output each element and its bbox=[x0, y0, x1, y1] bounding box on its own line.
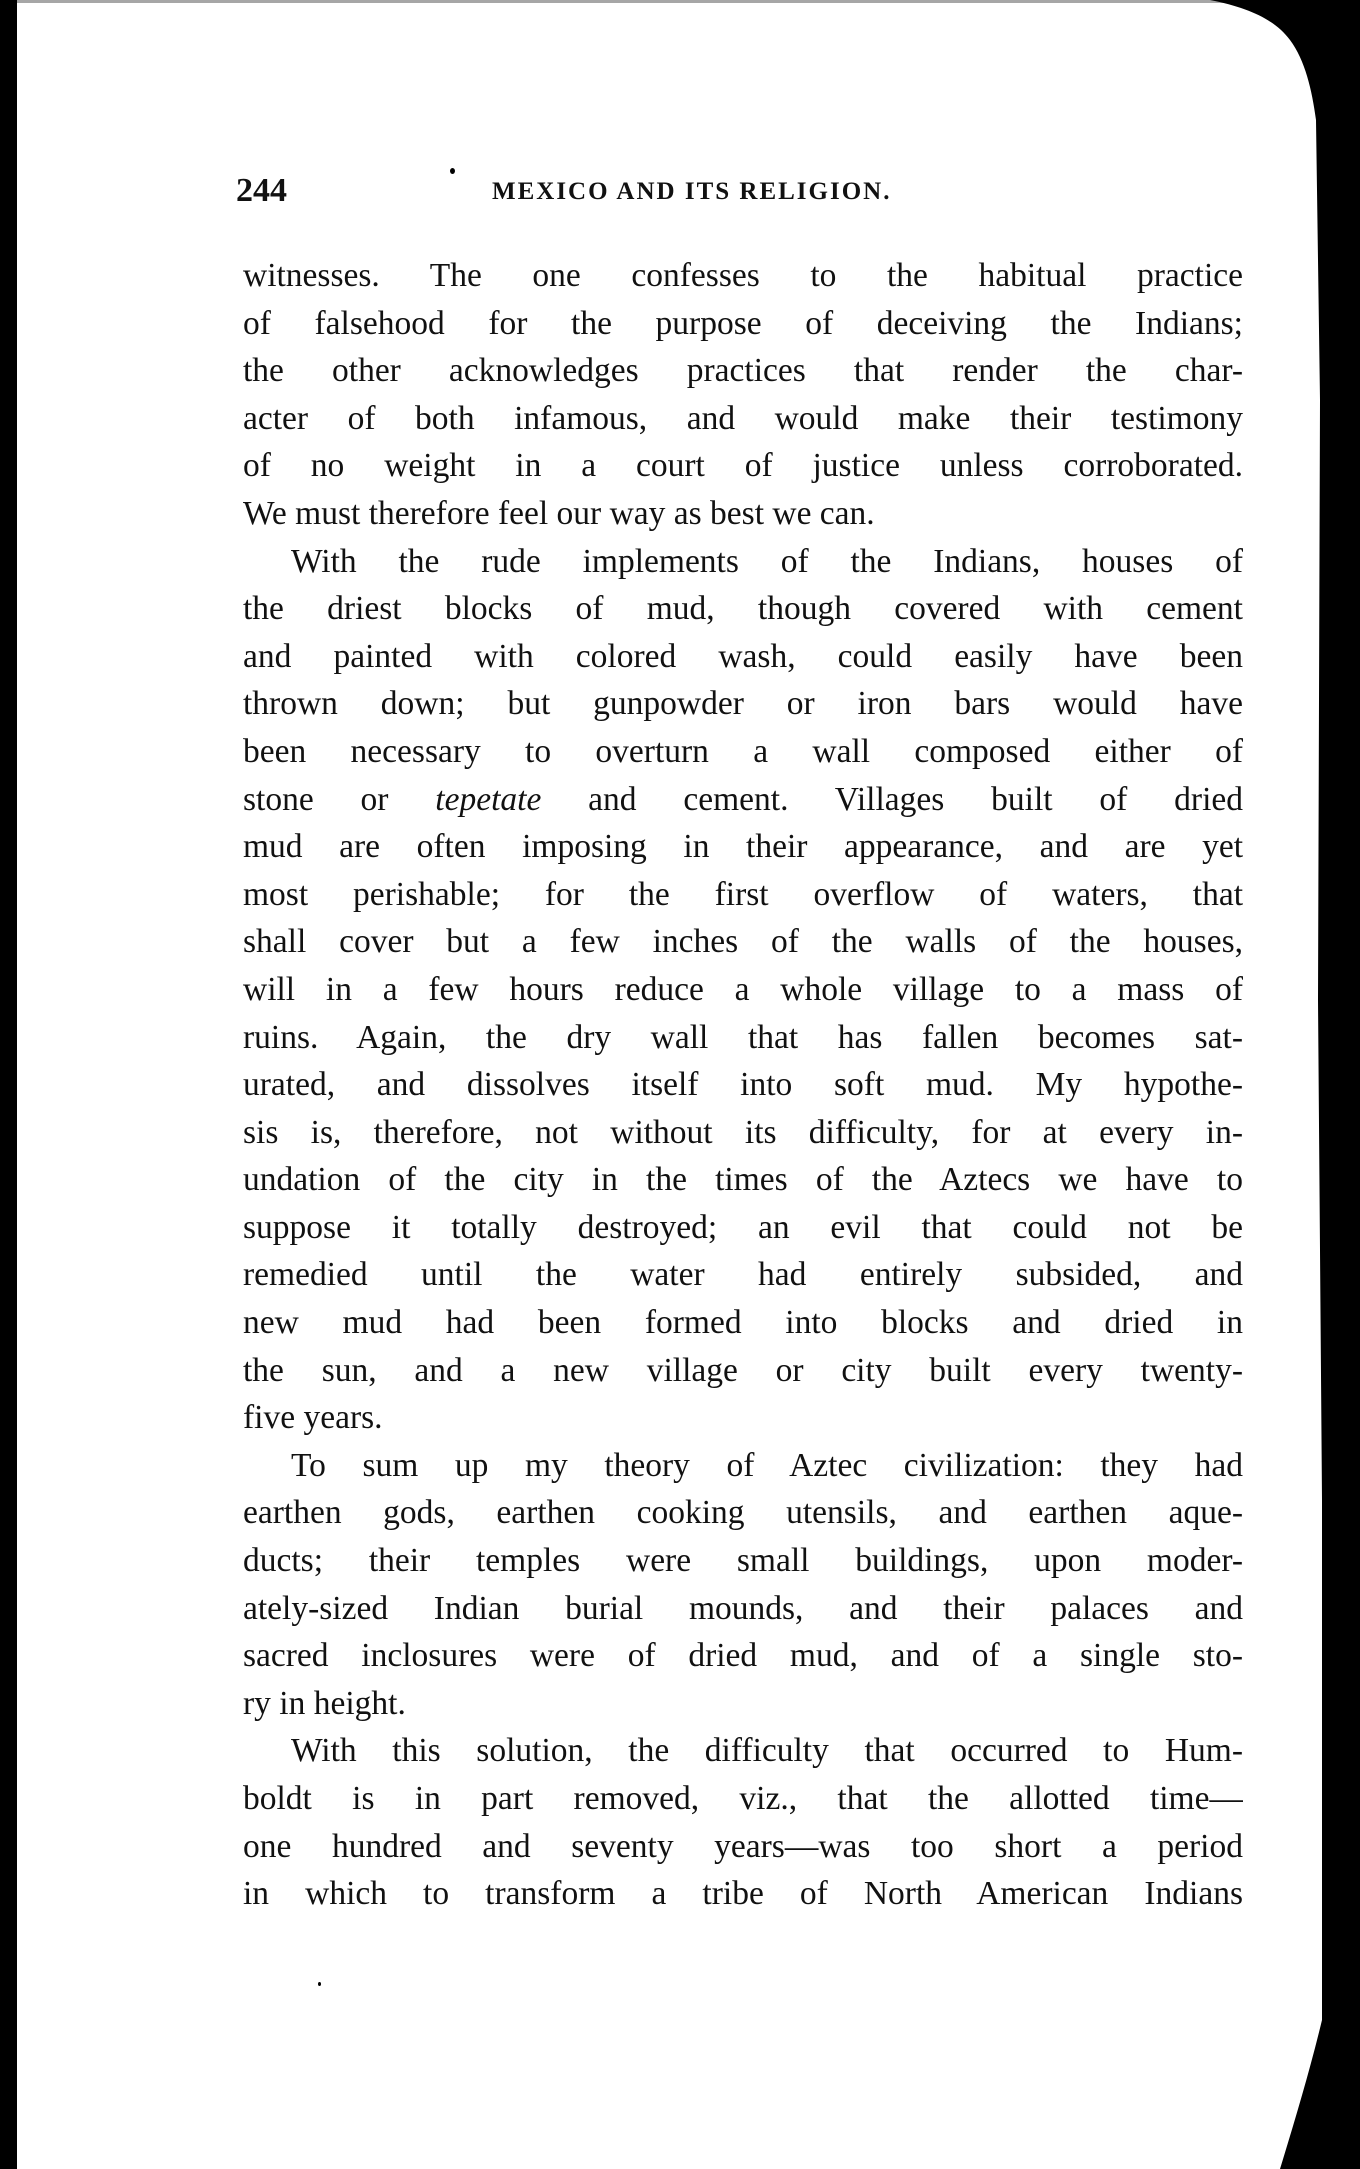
text-line: been necessary to overturn a wall compos… bbox=[243, 728, 1243, 776]
text-line: suppose it totally destroyed; an evil th… bbox=[243, 1204, 1243, 1252]
text-line: mud are often imposing in their appearan… bbox=[243, 823, 1243, 871]
text-line: of no weight in a court of justice unles… bbox=[243, 442, 1243, 490]
text-run: stone or bbox=[243, 781, 435, 818]
text-line: acter of both infamous, and would make t… bbox=[243, 395, 1243, 443]
text-line: one hundred and seventy years—was too sh… bbox=[243, 1823, 1243, 1871]
text-run: and cement. Villages built of dried bbox=[541, 781, 1243, 818]
running-title: MEXICO AND ITS RELIGION. bbox=[492, 178, 891, 206]
text-line: With the rude implements of the Indians,… bbox=[243, 538, 1243, 586]
text-line: in which to transform a tribe of North A… bbox=[243, 1870, 1243, 1918]
text-line: the sun, and a new village or city built… bbox=[243, 1347, 1243, 1395]
italic-term: tepetate bbox=[435, 781, 541, 818]
text-line: will in a few hours reduce a whole villa… bbox=[243, 966, 1243, 1014]
text-line: With this solution, the difficulty that … bbox=[243, 1727, 1243, 1775]
text-line: urated, and dissolves itself into soft m… bbox=[243, 1061, 1243, 1109]
text-line: thrown down; but gunpowder or iron bars … bbox=[243, 680, 1243, 728]
text-line: witnesses. The one confesses to the habi… bbox=[243, 252, 1243, 300]
ink-speck bbox=[318, 1982, 321, 1986]
text-line: sis is, therefore, not without its diffi… bbox=[243, 1109, 1243, 1157]
text-line: shall cover but a few inches of the wall… bbox=[243, 918, 1243, 966]
running-header: 244 MEXICO AND ITS RELIGION. bbox=[236, 172, 1246, 218]
text-line: five years. bbox=[243, 1394, 1243, 1442]
text-line: remedied until the water had entirely su… bbox=[243, 1251, 1243, 1299]
text-line: new mud had been formed into blocks and … bbox=[243, 1299, 1243, 1347]
text-line: and painted with colored wash, could eas… bbox=[243, 633, 1243, 681]
text-line: We must therefore feel our way as best w… bbox=[243, 490, 1243, 538]
text-line: most perishable; for the first overflow … bbox=[243, 871, 1243, 919]
text-line: the driest blocks of mud, though covered… bbox=[243, 585, 1243, 633]
text-line: undation of the city in the times of the… bbox=[243, 1156, 1243, 1204]
text-line: ducts; their temples were small building… bbox=[243, 1537, 1243, 1585]
text-line: earthen gods, earthen cooking utensils, … bbox=[243, 1489, 1243, 1537]
page-body-text: witnesses. The one confesses to the habi… bbox=[243, 252, 1243, 1918]
text-line: the other acknowledges practices that re… bbox=[243, 347, 1243, 395]
text-line: ry in height. bbox=[243, 1680, 1243, 1728]
text-line: stone or tepetate and cement. Villages b… bbox=[243, 776, 1243, 824]
text-line: ately-sized Indian burial mounds, and th… bbox=[243, 1585, 1243, 1633]
text-line: To sum up my theory of Aztec civilizatio… bbox=[243, 1442, 1243, 1490]
text-line: of falsehood for the purpose of deceivin… bbox=[243, 300, 1243, 348]
page-number: 244 bbox=[236, 172, 287, 210]
text-line: boldt is in part removed, viz., that the… bbox=[243, 1775, 1243, 1823]
text-line: sacred inclosures were of dried mud, and… bbox=[243, 1632, 1243, 1680]
text-line: ruins. Again, the dry wall that has fall… bbox=[243, 1014, 1243, 1062]
ink-speck bbox=[450, 168, 455, 174]
